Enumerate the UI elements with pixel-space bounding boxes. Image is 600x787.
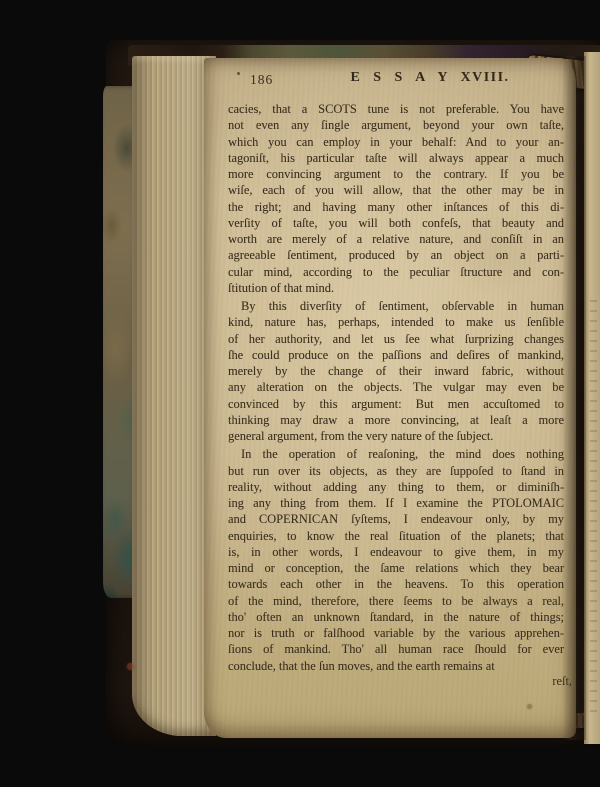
paragraph: By this diverſity of ſentiment, obſervab… [228, 298, 564, 444]
text-line: worth are merely of a relative nature, a… [228, 231, 564, 247]
text-line: of the mind, therefore, there ſeems to b… [228, 593, 564, 609]
text-line: tagoniſt, his particular taſte will alwa… [228, 150, 564, 166]
paragraph: In the operation of reaſoning, the mind … [228, 446, 564, 674]
text-line: verſity of taſte, you will both confeſs,… [228, 215, 564, 231]
text-line: of her authority, and let us ſee what ſu… [228, 331, 564, 347]
text-line: mind or conception, the ſame relations w… [228, 560, 564, 576]
text-line: towards each other in the heavens. To th… [228, 576, 564, 592]
text-line: ſtitution of that mind. [228, 280, 564, 296]
adjacent-page-edge [584, 52, 600, 744]
text-line: enquiries, to know the real ſituation of… [228, 528, 564, 544]
book-photo: 186 E S S A Y XVIII. cacies, that a SCOT… [0, 0, 600, 787]
text-line: ing any thing from them. If I examine th… [228, 495, 564, 511]
text-line: agreeable ſentiment, produced by an obje… [228, 247, 564, 263]
text-line: more convincing argument to the contrary… [228, 166, 564, 182]
text-line: cacies, that a SCOTS tune is not prefera… [228, 101, 564, 117]
paragraph: cacies, that a SCOTS tune is not prefera… [228, 101, 564, 296]
text-line: merely by the change of their inward fab… [228, 363, 564, 379]
text-line: nor is truth or falſhood variable by the… [228, 625, 564, 641]
paper-speck [527, 704, 532, 709]
text-line: reality, without adding any thing to the… [228, 479, 564, 495]
text-line: ſions of mankind. Tho' all human race ſh… [228, 641, 564, 657]
paper-speck [237, 72, 240, 75]
stain [127, 663, 134, 670]
book-page: 186 E S S A Y XVIII. cacies, that a SCOT… [204, 58, 576, 738]
text-line: tho' often an unknown ſtandard, in the n… [228, 609, 564, 625]
adjacent-page-text-shadow [590, 292, 597, 712]
text-line: kind, nature has, perhaps, intended to m… [228, 314, 564, 330]
text-line: By this diverſity of ſentiment, obſervab… [228, 298, 564, 314]
text-line: convinced by this argument: But men accu… [228, 396, 564, 412]
text-line: and COPERNICAN ſyſtems, I endeavour only… [228, 511, 564, 527]
text-line: thinking may draw a more convincing, at … [228, 412, 564, 428]
text-line: which you can employ in your behalf: And… [228, 134, 564, 150]
text-line: wiſe, each of you will allow, that the o… [228, 182, 564, 198]
text-line: is, in other words, I endeavour to give … [228, 544, 564, 560]
catchword: reſt, [228, 674, 572, 689]
text-line: any alteration on the objects. The vulga… [228, 379, 564, 395]
text-line: In the operation of reaſoning, the mind … [228, 446, 564, 462]
text-line: conclude, that the ſun moves, and the ea… [228, 658, 564, 674]
text-line: ſhe could produce on the paſſions and de… [228, 347, 564, 363]
text-line: the right; and having many other inſtanc… [228, 199, 564, 215]
text-line: but run over its objects, as they are ſu… [228, 463, 564, 479]
text-line: general argument, from the very nature o… [228, 428, 564, 444]
running-title: E S S A Y XVIII. [314, 70, 546, 86]
text-line: not even any ſingle argument, beyond you… [228, 117, 564, 133]
text-line: cular mind, according to the peculiar ſt… [228, 264, 564, 280]
page-body: cacies, that a SCOTS tune is not prefera… [228, 101, 564, 674]
page-number: 186 [250, 72, 273, 88]
